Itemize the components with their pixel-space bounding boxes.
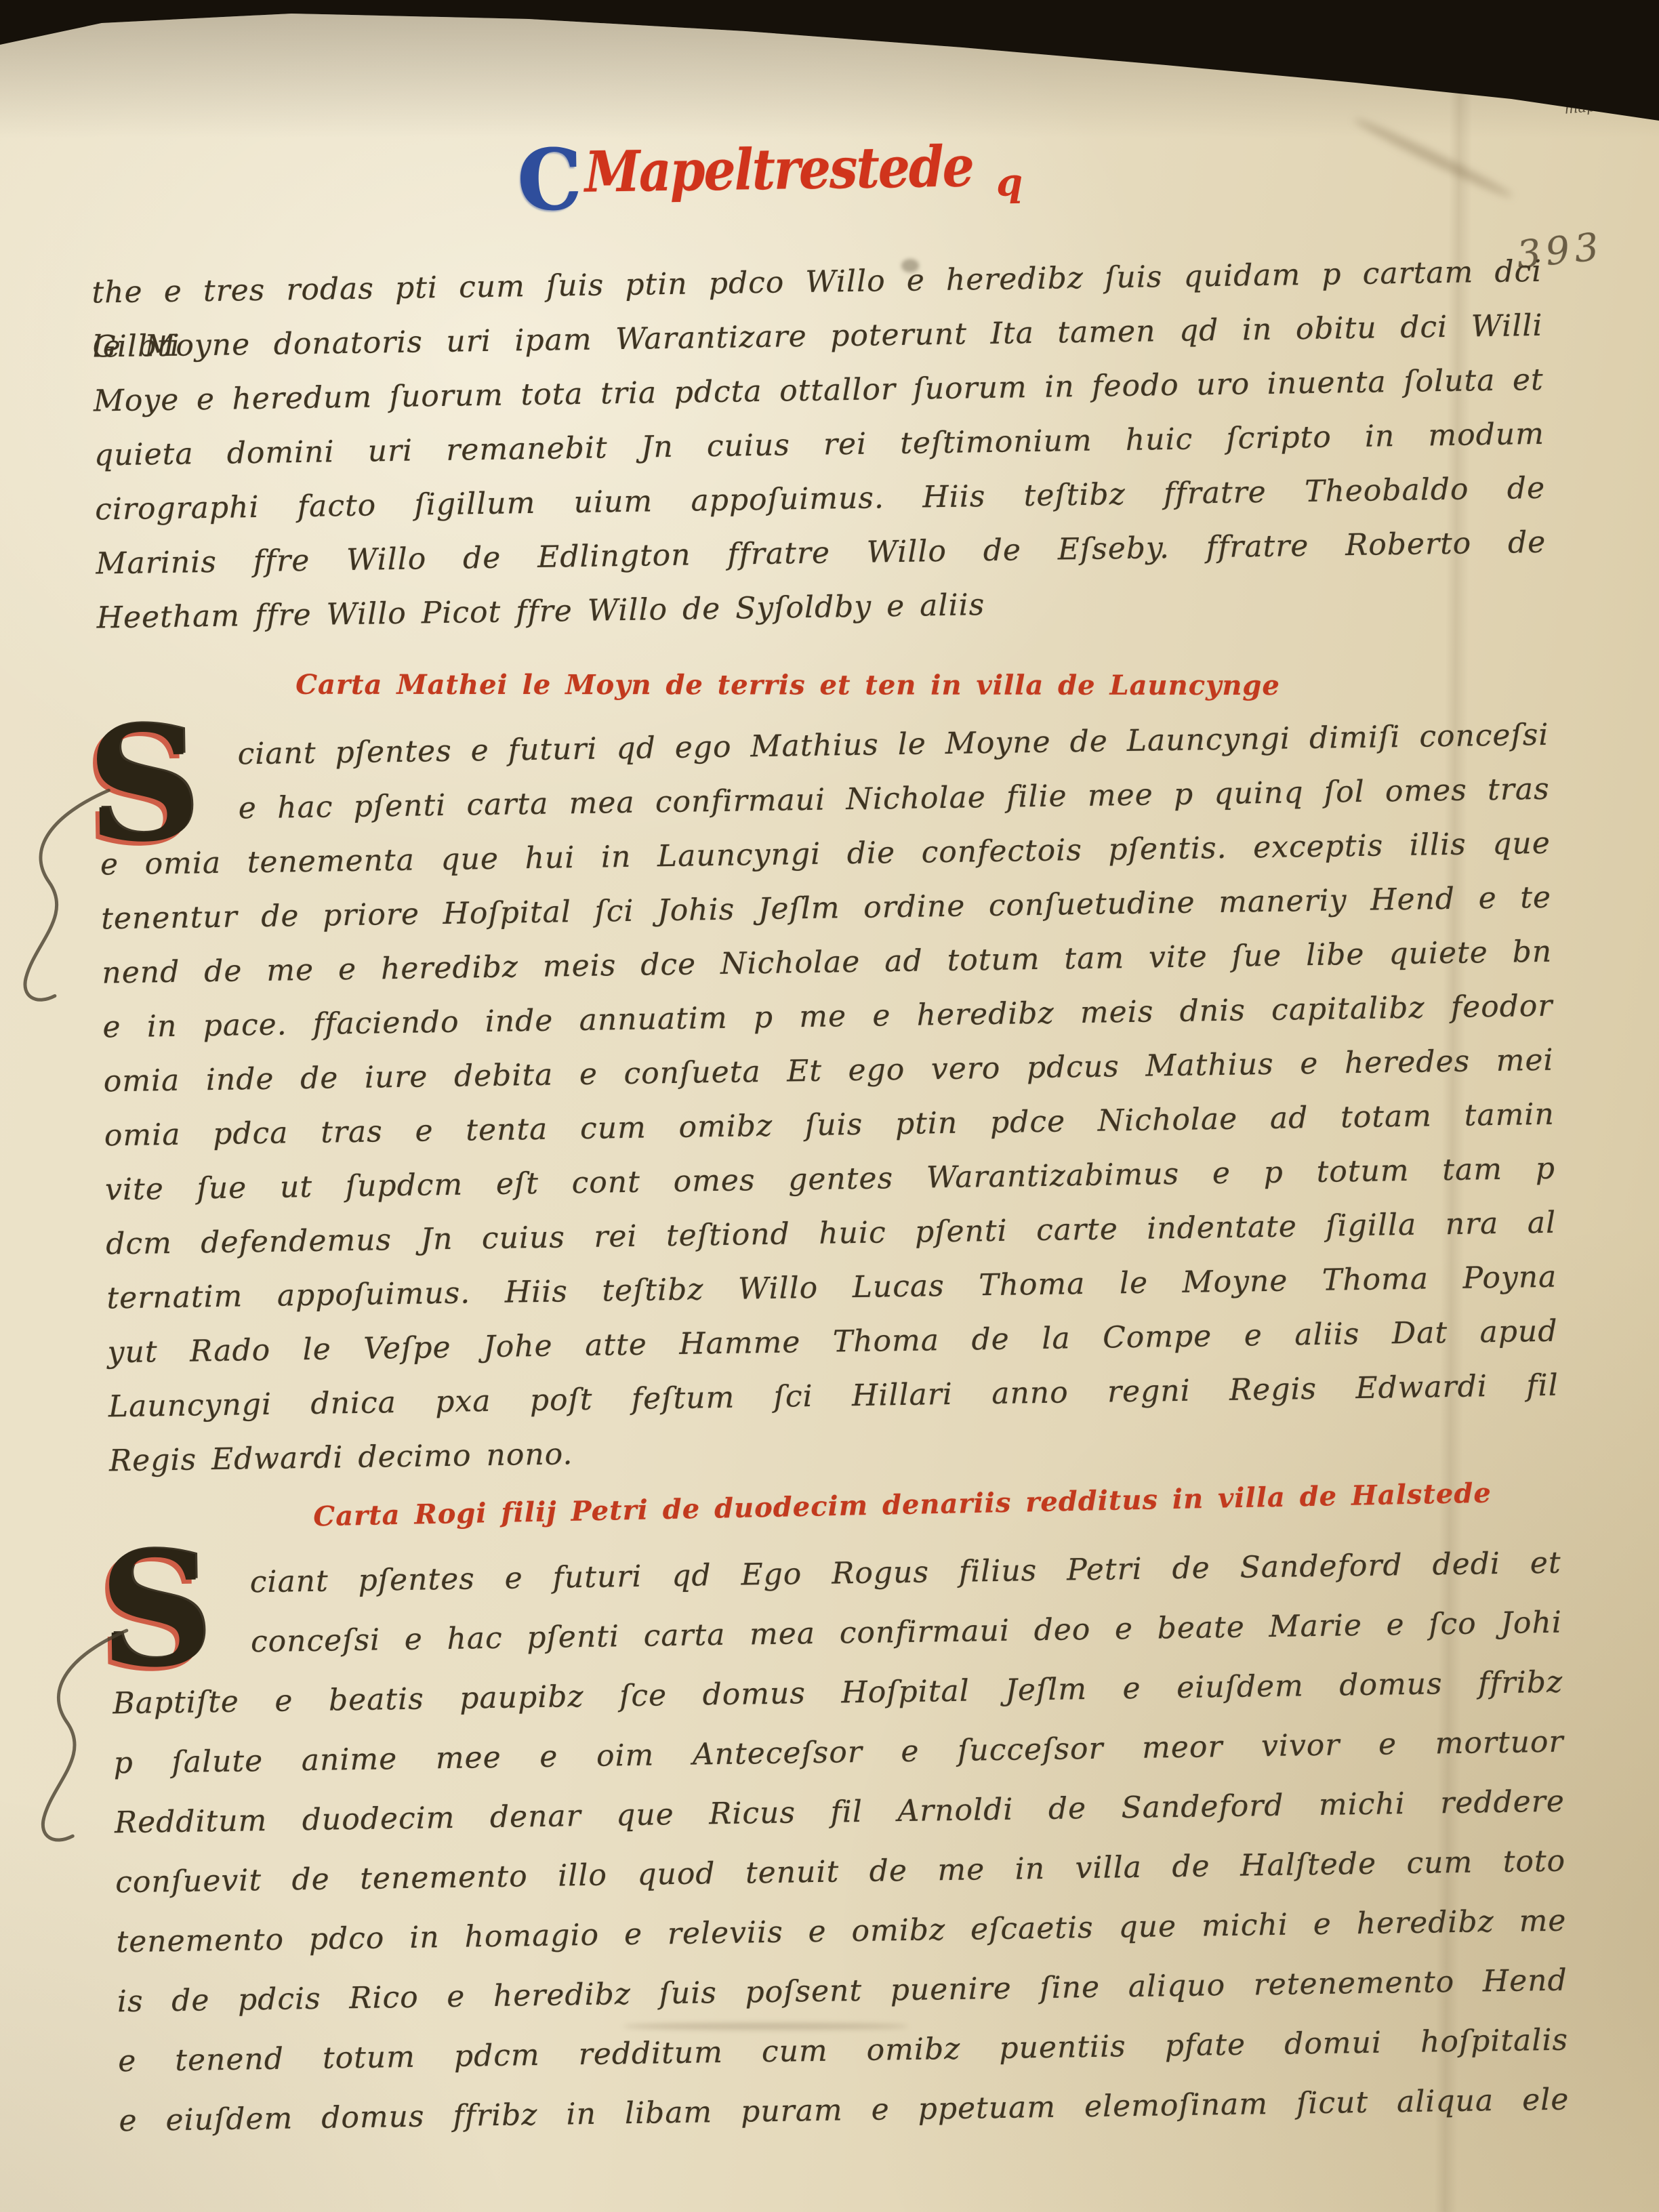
heading-flourish-icon: q: [996, 160, 1023, 205]
rubric-title-halstead: Carta Rogi filij Petri de duodecim denar…: [313, 1477, 1492, 1533]
rubric-title-lancing: Carta Mathei le Moyn de terris et ten in…: [295, 669, 1280, 701]
charter-paragraph-2: S ciant pſentes e futuri qd ego Mathius …: [98, 708, 1559, 1489]
heading-title: Mapeltrestede: [584, 134, 973, 205]
charter-paragraph-1: the e tres rodas pti cum ſuis ptin pdco …: [91, 245, 1547, 646]
section-heading: CMapeltrestedeq: [516, 137, 1023, 214]
margin-flourish-icon: [30, 1626, 136, 1851]
margin-flourish-icon: [12, 786, 117, 1011]
text-column: CMapeltrestedeq the e tres rodas pti cum…: [87, 0, 1570, 2212]
corner-annotation: mapelstrede: [1563, 89, 1659, 117]
charter-paragraph-3: S ciant pſentes e futuri qd Ego Rogus fi…: [110, 1534, 1570, 2152]
manuscript-page: mapelstrede 393 CMapeltrestedeq the e tr…: [0, 0, 1659, 2212]
paragraph-mark-icon: C: [516, 144, 581, 216]
